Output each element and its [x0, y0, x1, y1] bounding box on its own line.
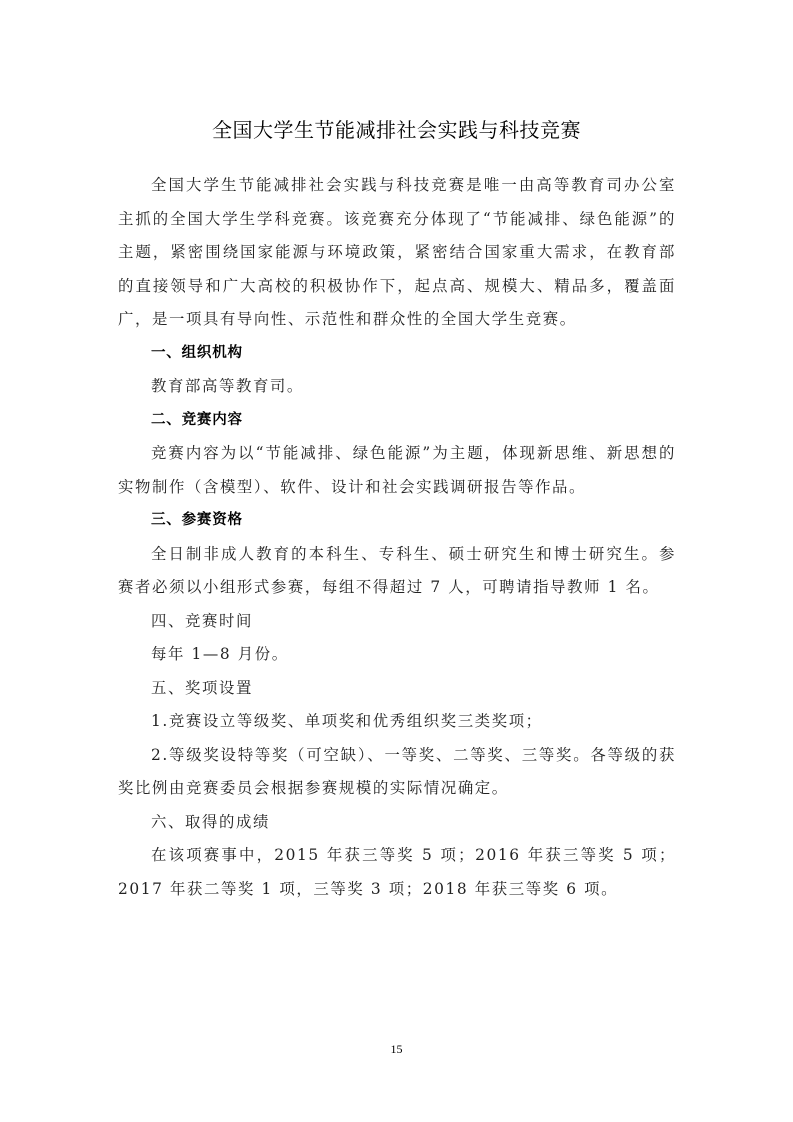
- section-paragraph: 每年 1—8 月份。: [118, 638, 676, 672]
- document-title: 全国大学生节能减排社会实践与科技竞赛: [0, 114, 793, 143]
- section-achievements: 六、取得的成绩 在该项赛事中，2015 年获三等奖 5 项；2016 年获三等奖…: [118, 806, 676, 907]
- intro-paragraph: 全国大学生节能减排社会实践与科技竞赛是唯一由高等教育司办公室主抓的全国大学生学科…: [118, 169, 676, 337]
- document-body: 全国大学生节能减排社会实践与科技竞赛是唯一由高等教育司办公室主抓的全国大学生学科…: [118, 169, 676, 906]
- section-paragraph: 全日制非成人教育的本科生、专科生、硕士研究生和博士研究生。参赛者必须以小组形式参…: [118, 538, 676, 605]
- document-page: 全国大学生节能减排社会实践与科技竞赛 全国大学生节能减排社会实践与科技竞赛是唯一…: [0, 0, 793, 1122]
- section-heading: 二、竞赛内容: [118, 404, 676, 438]
- page-number: 15: [0, 1042, 793, 1057]
- section-paragraph: 竞赛内容为以“节能减排、绿色能源”为主题，体现新思维、新思想的实物制作（含模型）…: [118, 437, 676, 504]
- section-paragraph: 在该项赛事中，2015 年获三等奖 5 项；2016 年获三等奖 5 项；201…: [118, 839, 676, 906]
- section-awards: 五、奖项设置 1.竞赛设立等级奖、单项奖和优秀组织奖三类奖项； 2.等级奖设特等…: [118, 672, 676, 806]
- section-heading: 一、组织机构: [118, 337, 676, 371]
- section-heading: 六、取得的成绩: [118, 806, 676, 840]
- section-paragraph: 教育部高等教育司。: [118, 370, 676, 404]
- section-paragraph: 2.等级奖设特等奖（可空缺）、一等奖、二等奖、三等奖。各等级的获奖比例由竞赛委员…: [118, 739, 676, 806]
- section-paragraph: 1.竞赛设立等级奖、单项奖和优秀组织奖三类奖项；: [118, 705, 676, 739]
- section-competition-time: 四、竞赛时间 每年 1—8 月份。: [118, 605, 676, 672]
- section-heading: 三、参赛资格: [118, 504, 676, 538]
- section-competition-content: 二、竞赛内容 竞赛内容为以“节能减排、绿色能源”为主题，体现新思维、新思想的实物…: [118, 404, 676, 505]
- section-heading: 五、奖项设置: [118, 672, 676, 706]
- section-organization: 一、组织机构 教育部高等教育司。: [118, 337, 676, 404]
- section-heading: 四、竞赛时间: [118, 605, 676, 639]
- section-eligibility: 三、参赛资格 全日制非成人教育的本科生、专科生、硕士研究生和博士研究生。参赛者必…: [118, 504, 676, 605]
